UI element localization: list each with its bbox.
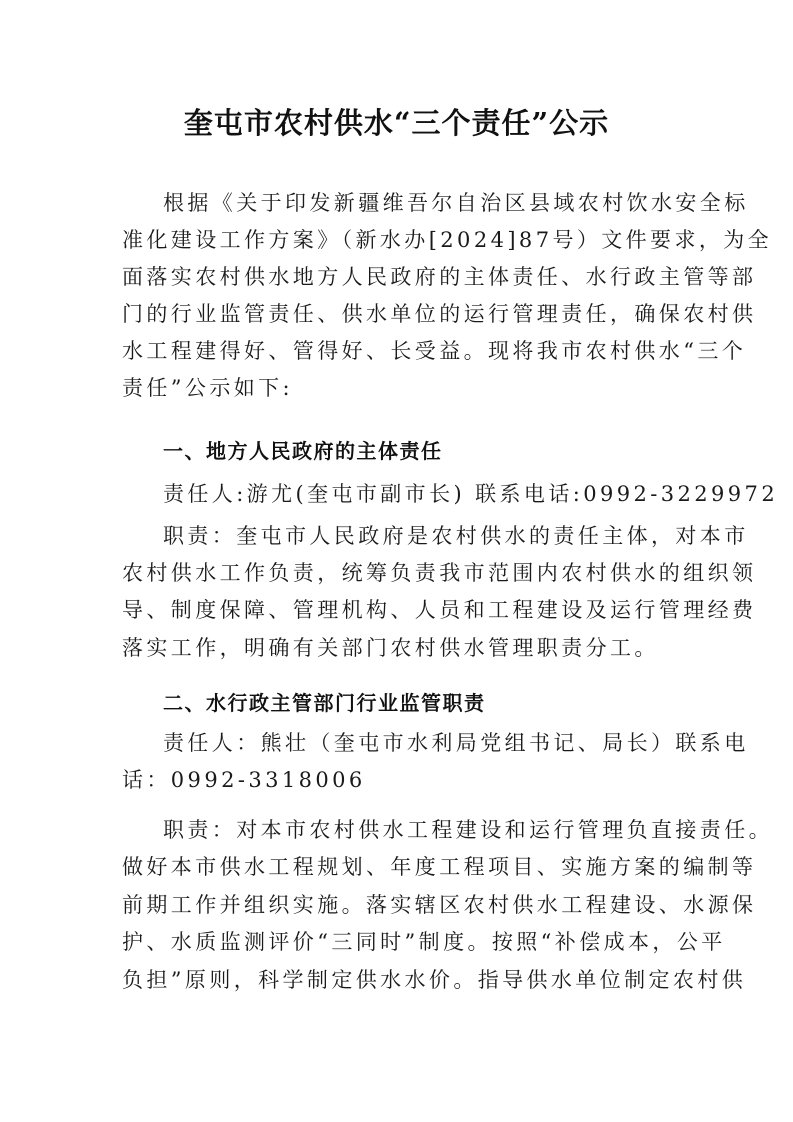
section2-duty-line: 护、水质监测评价“三同时”制度。按照“补偿成本，公平 <box>122 928 682 956</box>
section2-duty-line: 做好本市供水工程规划、年度工程项目、实施方案的编制等 <box>122 853 682 881</box>
section2-responsible-person: 责任人：熊壮（奎屯市水利局党组书记、局长）联系电 <box>163 729 723 757</box>
section1-duty-line: 农村供水工作负责，统筹负责我市范围内农村供水的组织领 <box>122 559 682 587</box>
section2-duty-line: 前期工作并组织实施。落实辖区农村供水工程建设、水源保 <box>122 891 682 919</box>
document-title: 奎屯市农村供水“三个责任”公示 <box>0 103 793 143</box>
intro-line: 责任”公示如下: <box>122 374 682 402</box>
section1-heading: 一、地方人民政府的主体责任 <box>163 437 443 465</box>
section2-responsible-person: 话：0992-3318006 <box>122 766 682 794</box>
intro-line: 面落实农村供水地方人民政府的主体责任、水行政主管等部 <box>122 263 682 291</box>
intro-line: 根据《关于印发新疆维吾尔自治区县域农村饮水安全标 <box>163 189 723 217</box>
section1-responsible-person: 责任人:游尤(奎屯市副市长) 联系电话:0992-3229972 <box>163 480 723 508</box>
section1-duty-line: 落实工作，明确有关部门农村供水管理职责分工。 <box>122 634 682 662</box>
section2-duty-line: 职责：对本市农村供水工程建设和运行管理负直接责任。 <box>163 816 723 844</box>
document-page: 奎屯市农村供水“三个责任”公示 根据《关于印发新疆维吾尔自治区县域农村饮水安全标… <box>0 0 793 1122</box>
section2-heading: 二、水行政主管部门行业监管职责 <box>163 689 486 717</box>
intro-line: 准化建设工作方案》（新水办[2024]87号）文件要求，为全 <box>122 226 682 254</box>
section2-duty-line: 负担”原则，科学制定供水水价。指导供水单位制定农村供 <box>122 966 682 994</box>
intro-line: 门的行业监管责任、供水单位的运行管理责任，确保农村供 <box>122 300 682 328</box>
section1-duty-line: 职责：奎屯市人民政府是农村供水的责任主体，对本市 <box>163 522 723 550</box>
intro-line: 水工程建得好、管得好、长受益。现将我市农村供水“三个 <box>122 337 682 365</box>
section1-duty-line: 导、制度保障、管理机构、人员和工程建设及运行管理经费 <box>122 596 682 624</box>
